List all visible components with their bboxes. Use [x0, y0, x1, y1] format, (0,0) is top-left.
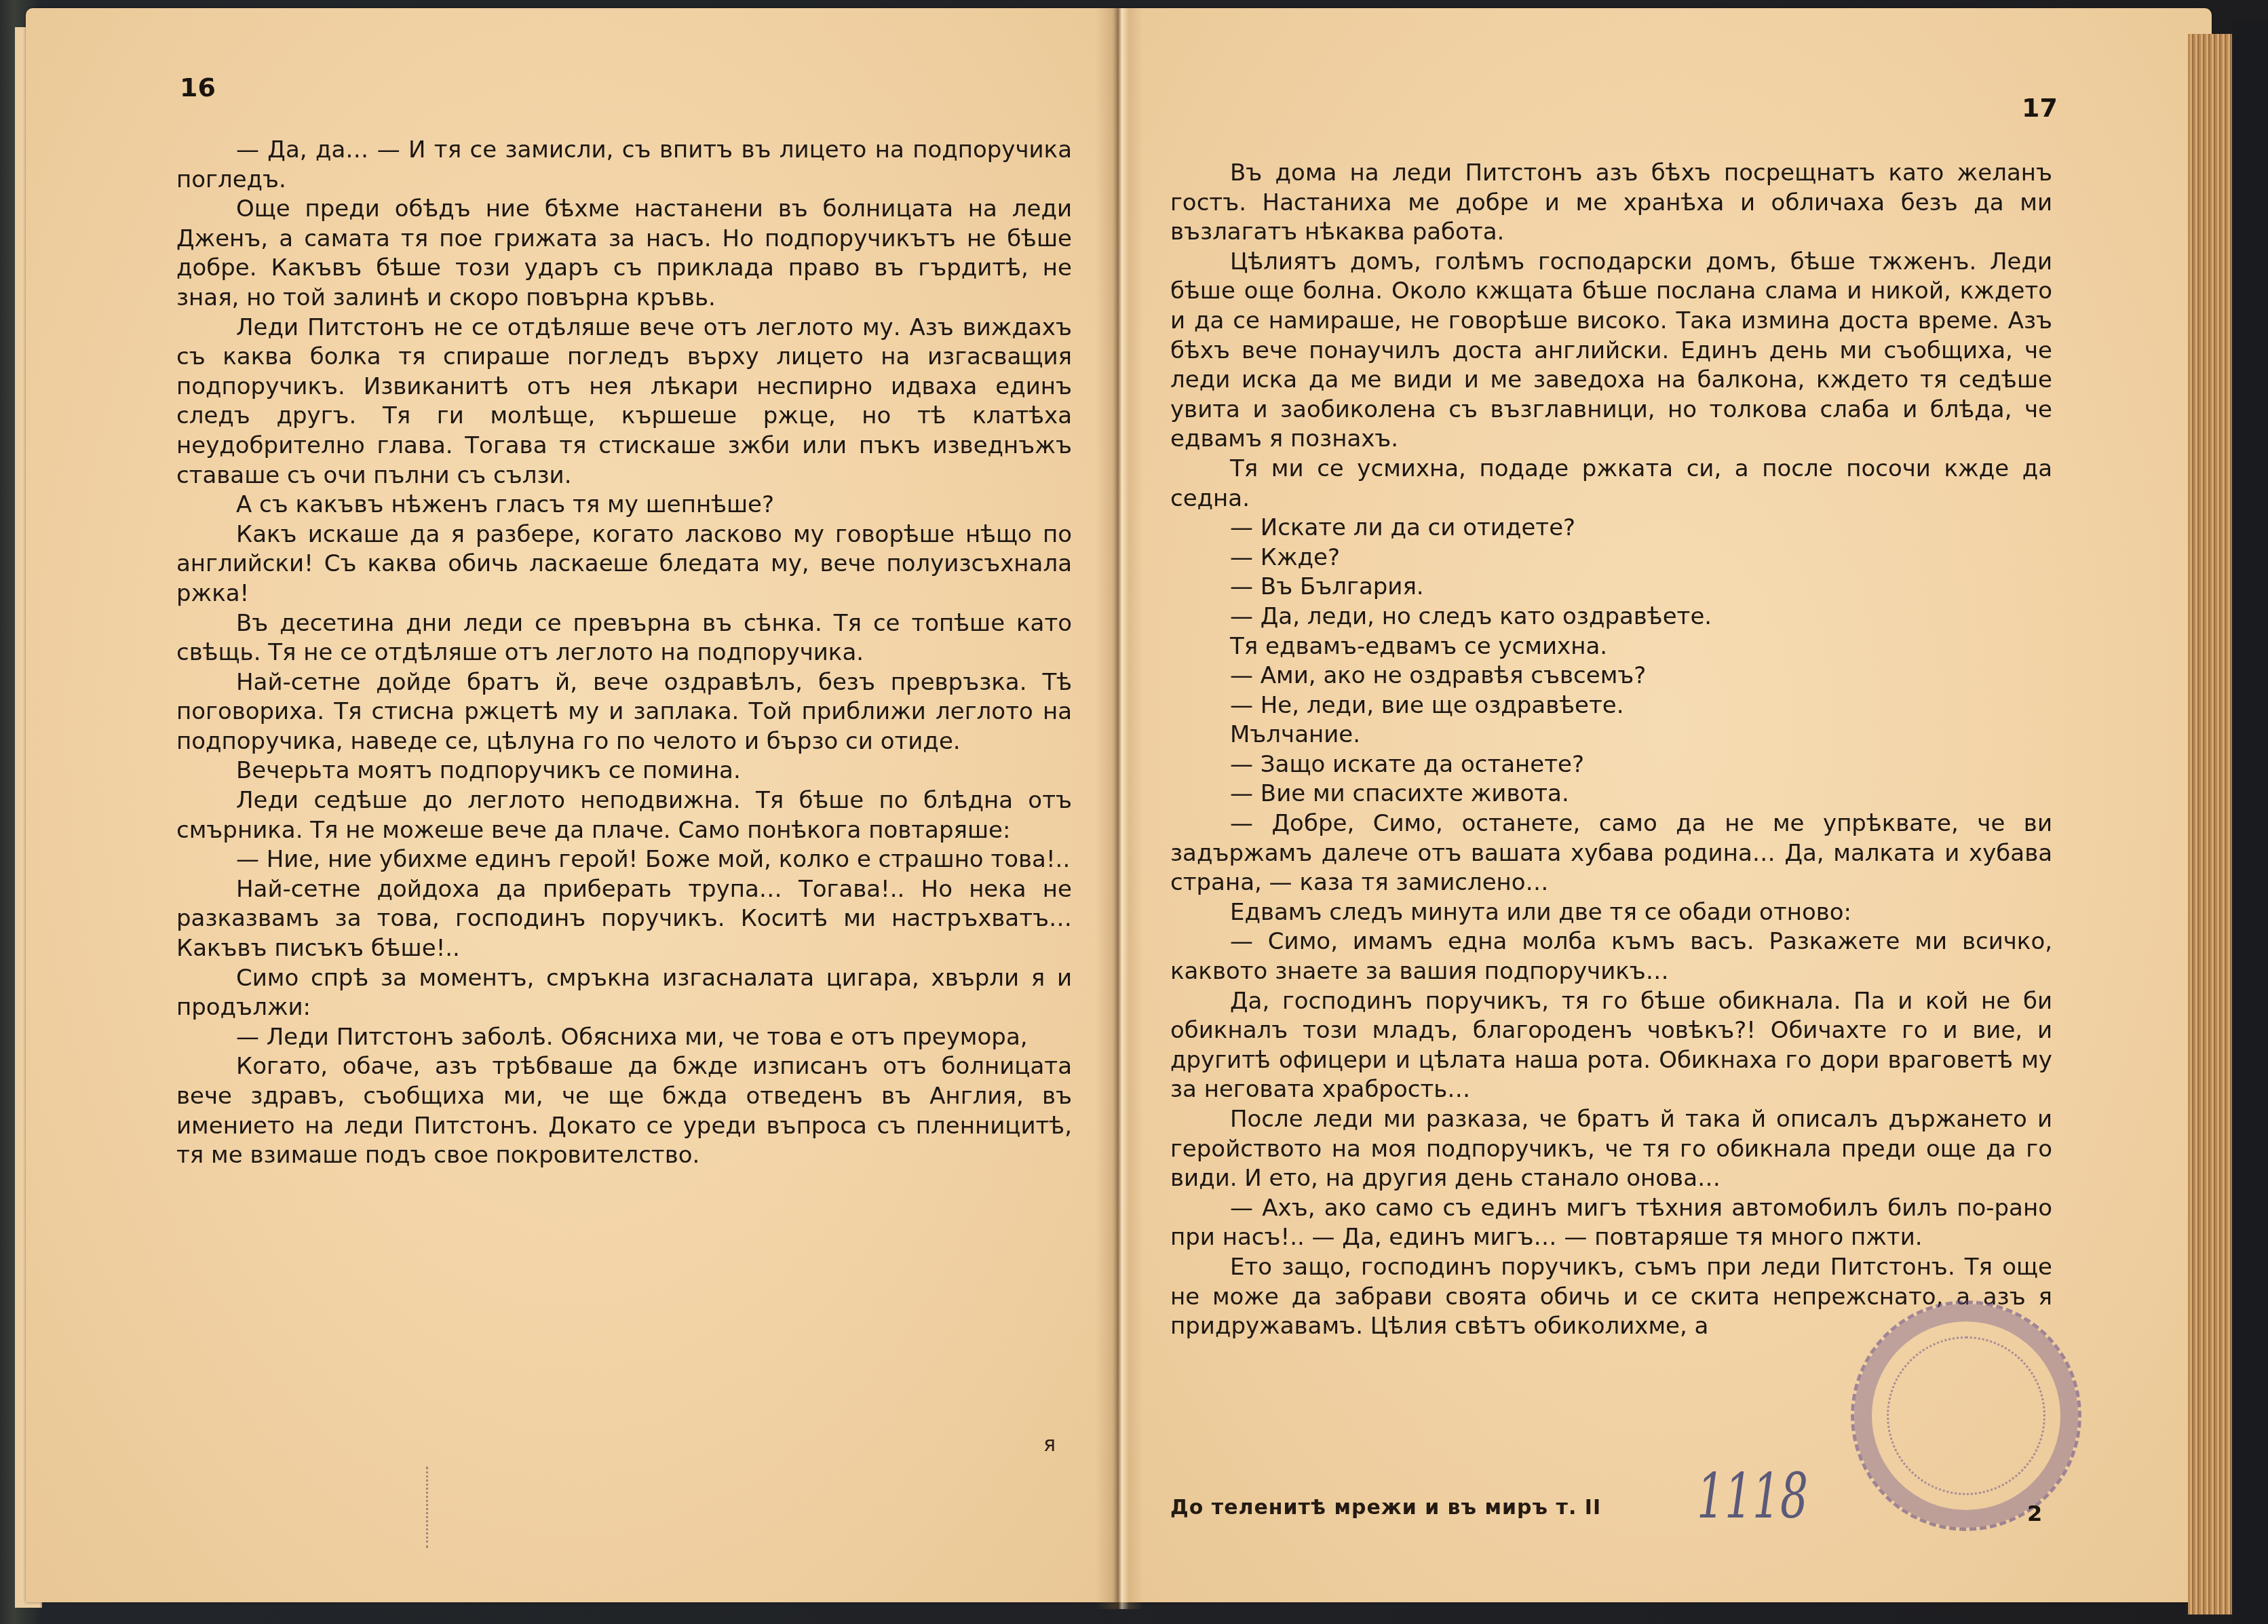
margin-mark: я: [1043, 1433, 1056, 1456]
paragraph: Да, господинъ поручикъ, тя го бѣше обикн…: [1170, 987, 2052, 1105]
paragraph: Вечерьта моятъ подпоручикъ се помина.: [176, 756, 1072, 786]
paragraph: Когато, обаче, азъ трѣбваше да бжде изпи…: [176, 1052, 1072, 1170]
paragraph: Още преди обѣдъ ние бѣхме настанени въ б…: [176, 195, 1072, 313]
paragraph: Въ десетина дни леди се превърна въ сѣнк…: [176, 609, 1072, 668]
dialogue-line: — Да, леди, но следъ като оздравѣете.: [1170, 602, 2052, 632]
paragraph: После леди ми разказа, че братъ й така й…: [1170, 1105, 2052, 1194]
dialogue-line: — Вие ми спасихте живота.: [1170, 779, 2052, 809]
paragraph: Леди Питстонъ не се отдѣляше вече отъ ле…: [176, 313, 1072, 491]
paragraph: — Да, да… — И тя се замисли, съ впитъ въ…: [176, 136, 1072, 195]
paragraph: А съ какъвъ нѣженъ гласъ тя му шепнѣше?: [176, 490, 1072, 520]
left-page: 16 — Да, да… — И тя се замисли, съ впитъ…: [26, 8, 1118, 1602]
sheet-number: 2: [2027, 1501, 2042, 1526]
paragraph: Най-сетне дойдоха да приберать трупа… То…: [176, 875, 1072, 964]
signature-line: До теленитѣ мрежи и въ миръ т. II: [1170, 1496, 1601, 1520]
dialogue-line: — Кжде?: [1170, 543, 2052, 573]
paragraph: Симо спрѣ за моментъ, смръкна изгасналат…: [176, 964, 1072, 1023]
paragraph: Тя ми се усмихна, подаде ржката си, а по…: [1170, 455, 2052, 514]
handwritten-inventory-number: 1118: [1697, 1460, 1808, 1532]
dialogue-line: — Искате ли да си отидете?: [1170, 514, 2052, 543]
dialogue-line: — Ами, ако не оздравѣя съвсемъ?: [1170, 661, 2052, 691]
dialogue-line: — Не, леди, вие ще оздравѣете.: [1170, 691, 2052, 721]
pencil-mark: [426, 1467, 469, 1548]
paragraph: Какъ искаше да я разбере, когато ласково…: [176, 520, 1072, 609]
dialogue-line: — Защо искате да останете?: [1170, 750, 2052, 780]
paragraph: Едвамъ следъ минута или две тя се обади …: [1170, 898, 2052, 928]
dialogue-line: — Симо, имамъ една молба къмъ васъ. Разк…: [1170, 927, 2052, 986]
page-number-right: 17: [2022, 93, 2058, 123]
paragraph: — Ние, ние убихме единъ герой! Боже мой,…: [176, 845, 1072, 875]
page-edges: [2188, 34, 2239, 1615]
paragraph: Най-сетне дойде братъ й, вече оздравѣлъ,…: [176, 668, 1072, 757]
dialogue-line: — Добре, Симо, останете, само да не ме у…: [1170, 809, 2052, 898]
paragraph: — Леди Питстонъ заболѣ. Обясниха ми, че …: [176, 1023, 1072, 1053]
left-page-text: — Да, да… — И тя се замисли, съ впитъ въ…: [176, 136, 1072, 1171]
dialogue-line: — Въ България.: [1170, 573, 2052, 602]
book-spine-gutter: [1096, 8, 1143, 1609]
paragraph: Тя едвамъ-едвамъ се усмихна.: [1170, 632, 2052, 662]
book-cover-edge: [2232, 20, 2268, 1624]
paragraph: Цѣлиятъ домъ, голѣмъ господарски домъ, б…: [1170, 248, 2052, 455]
page-number-left: 16: [180, 73, 216, 102]
right-page: 17 Въ дома на леди Питстонъ азъ бѣхъ пос…: [1118, 8, 2212, 1602]
dialogue-line: — Ахъ, ако само съ единъ мигъ тѣхния авт…: [1170, 1194, 2052, 1253]
paragraph: Леди седѣше до леглото неподвижна. Тя бѣ…: [176, 786, 1072, 845]
library-stamp: [1851, 1300, 2081, 1531]
right-page-text: Въ дома на леди Питстонъ азъ бѣхъ посрещ…: [1170, 159, 2052, 1342]
paragraph: Мълчание.: [1170, 720, 2052, 750]
paragraph: Въ дома на леди Питстонъ азъ бѣхъ посрещ…: [1170, 159, 2052, 248]
